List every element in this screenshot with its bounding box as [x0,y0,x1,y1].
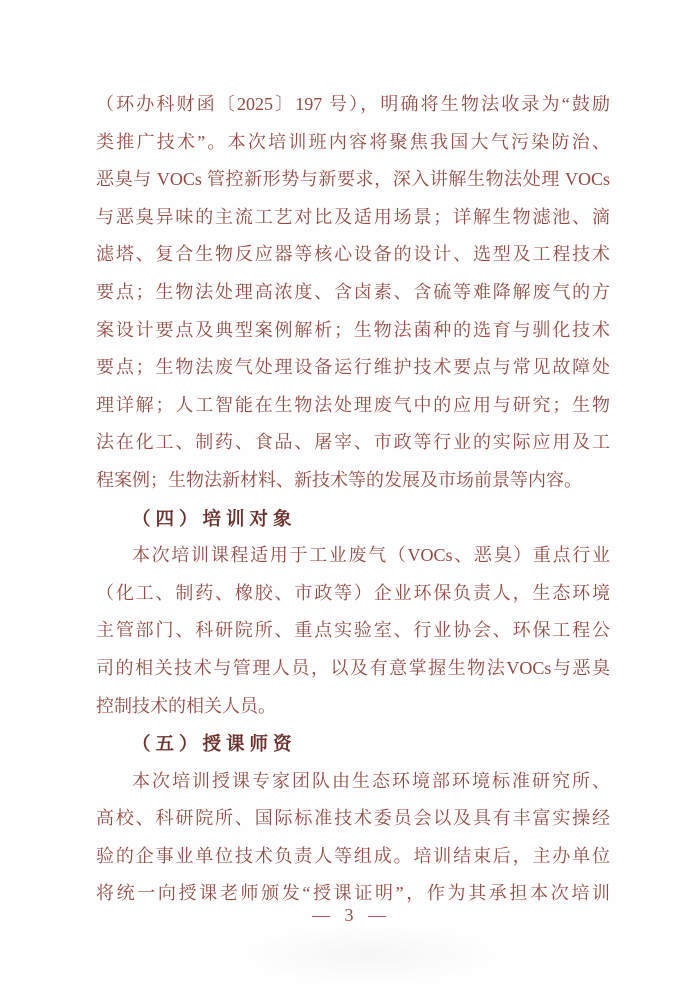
section-heading-5: （五）授课师资 [96,725,610,763]
paragraph-line: 类推广技术”。本次培训班内容将聚焦我国大气污染防治、 [96,124,610,162]
paragraph-line: 与恶臭异味的主流工艺对比及适用场景；详解生物滤池、滴 [96,199,610,237]
paragraph-line: 本次培训课程适用于工业废气（VOCs、恶臭）重点行业 [96,537,610,575]
paragraph-line: 案设计要点及典型案例解析；生物法菌种的选育与驯化技术 [96,312,610,350]
paragraph-line: 程案例；生物法新材料、新技术等的发展及市场前景等内容。 [96,462,610,500]
document-text-block: （环办科财函〔2025〕197 号），明确将生物法收录为“鼓励 类推广技术”。本… [96,86,610,913]
paragraph-line: （环办科财函〔2025〕197 号），明确将生物法收录为“鼓励 [96,86,610,124]
paragraph-line: 滤塔、复合生物反应器等核心设备的设计、选型及工程技术 [96,236,610,274]
paragraph-line: 要点；生物法处理高浓度、含卤素、含硫等难降解废气的方 [96,274,610,312]
paragraph-line: 控制技术的相关人员。 [96,688,610,726]
page-number: — 3 — [0,905,700,926]
paragraph-line: 验的企事业单位技术负责人等组成。培训结束后，主办单位 [96,838,610,876]
paragraph-line: 理详解；人工智能在生物法处理废气中的应用与研究；生物 [96,387,610,425]
paragraph-line: 要点；生物法废气处理设备运行维护技术要点与常见故障处 [96,349,610,387]
paragraph-line: 主管部门、科研院所、重点实验室、行业协会、环保工程公 [96,612,610,650]
section-heading-4: （四）培训对象 [96,500,610,538]
document-page: （环办科财函〔2025〕197 号），明确将生物法收录为“鼓励 类推广技术”。本… [0,0,700,989]
scan-smudge-artifact [240,925,500,985]
paragraph-line: 恶臭与 VOCs 管控新形势与新要求，深入讲解生物法处理 VOCs [96,161,610,199]
paragraph-line: 本次培训授课专家团队由生态环境部环境标准研究所、 [96,763,610,801]
paragraph-line: 法在化工、制药、食品、屠宰、市政等行业的实际应用及工 [96,424,610,462]
paragraph-line: 高校、科研院所、国际标准技术委员会以及具有丰富实操经 [96,800,610,838]
paragraph-line: （化工、制药、橡胶、市政等）企业环保负责人，生态环境 [96,575,610,613]
paragraph-line: 司的相关技术与管理人员，以及有意掌握生物法VOCs与恶臭 [96,650,610,688]
